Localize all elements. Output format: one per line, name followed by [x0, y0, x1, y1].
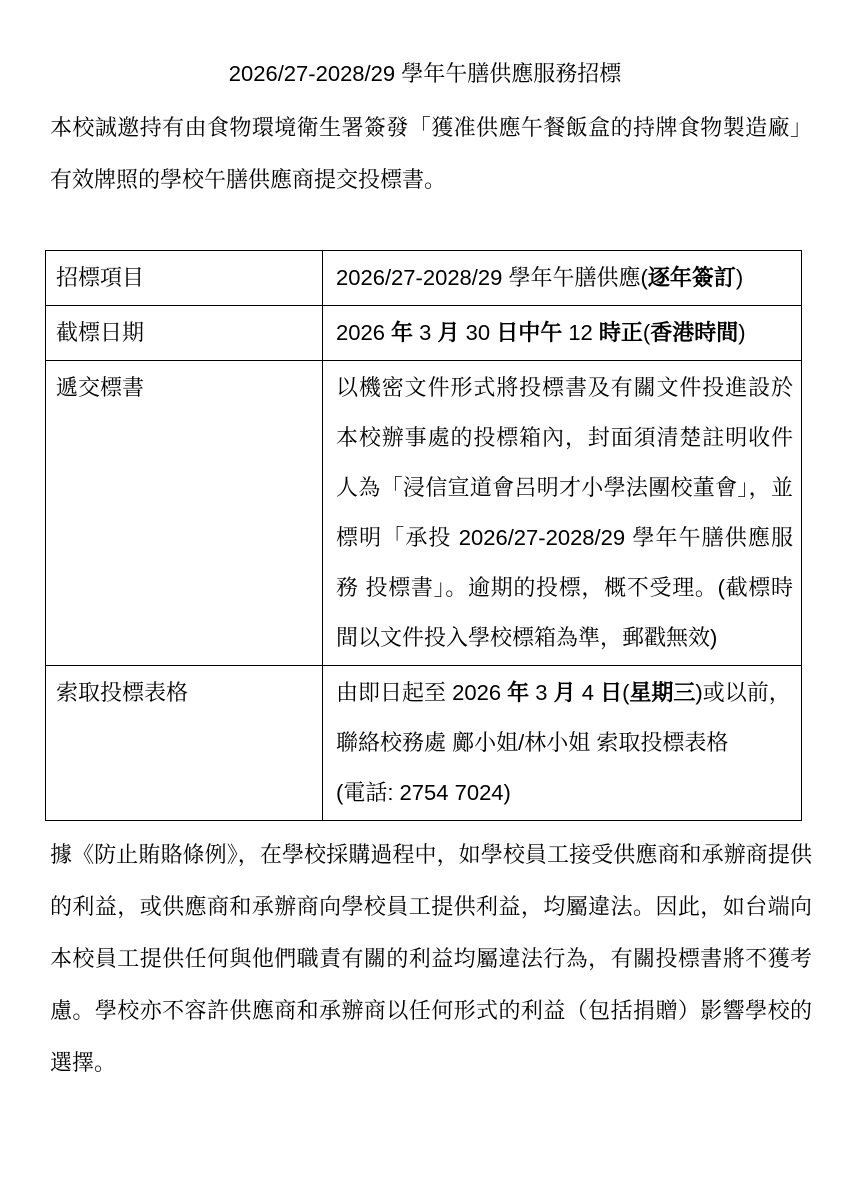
- value-text-bold: (逐年簽訂): [641, 265, 744, 290]
- table-row-label: 截標日期: [46, 306, 323, 361]
- table-row-label: 招標項目: [46, 251, 323, 306]
- value-text: 以機密文件形式將投標書及有關文件投進設於本校辦事處的投標箱內，封面須清楚註明收件…: [336, 375, 793, 650]
- table-row-value: 以機密文件形式將投標書及有關文件投進設於本校辦事處的投標箱內，封面須清楚註明收件…: [323, 361, 802, 666]
- anti-bribery-paragraph: 據《防止賄賂條例》，在學校採購過程中，如學校員工接受供應商和承辦商提供的利益，或…: [50, 829, 812, 1089]
- value-text-bold: 2026 年 3 月 30 日中午 12 時正(香港時間): [336, 320, 746, 345]
- table-row: 截標日期2026 年 3 月 30 日中午 12 時正(香港時間): [46, 306, 802, 361]
- table-row: 遞交標書以機密文件形式將投標書及有關文件投進設於本校辦事處的投標箱內，封面須清楚…: [46, 361, 802, 666]
- value-text: 由即日起至: [336, 680, 452, 705]
- tender-table-body: 招標項目2026/27-2028/29 學年午膳供應(逐年簽訂)截標日期2026…: [46, 251, 802, 821]
- tender-info-table: 招標項目2026/27-2028/29 學年午膳供應(逐年簽訂)截標日期2026…: [45, 250, 802, 821]
- value-text: (電話: 2754 7024): [336, 780, 511, 805]
- table-row-label: 遞交標書: [46, 361, 323, 666]
- value-text: 或以前，: [703, 680, 791, 705]
- table-row-value: 由即日起至 2026 年 3 月 4 日(星期三)或以前，聯絡校務處 鄺小姐/林…: [323, 666, 802, 821]
- table-row: 索取投標表格由即日起至 2026 年 3 月 4 日(星期三)或以前，聯絡校務處…: [46, 666, 802, 821]
- table-row-value: 2026 年 3 月 30 日中午 12 時正(香港時間): [323, 306, 802, 361]
- value-text-bold: 2026 年 3 月 4 日(星期三): [452, 680, 703, 705]
- document-title: 2026/27-2028/29 學年午膳供應服務招標: [45, 56, 805, 92]
- table-row-label: 索取投標表格: [46, 666, 323, 821]
- value-text: 聯絡校務處 鄺小姐/林小姐 索取投標表格: [336, 730, 728, 755]
- document-page: 2026/27-2028/29 學年午膳供應服務招標 本校誠邀持有由食物環境衛生…: [0, 56, 848, 1089]
- table-row-value: 2026/27-2028/29 學年午膳供應(逐年簽訂): [323, 251, 802, 306]
- intro-paragraph: 本校誠邀持有由食物環境衛生署簽發「獲准供應午餐飯盒的持牌食物製造廠」有效牌照的學…: [50, 102, 812, 206]
- table-row: 招標項目2026/27-2028/29 學年午膳供應(逐年簽訂): [46, 251, 802, 306]
- value-text: 2026/27-2028/29 學年午膳供應: [336, 265, 641, 290]
